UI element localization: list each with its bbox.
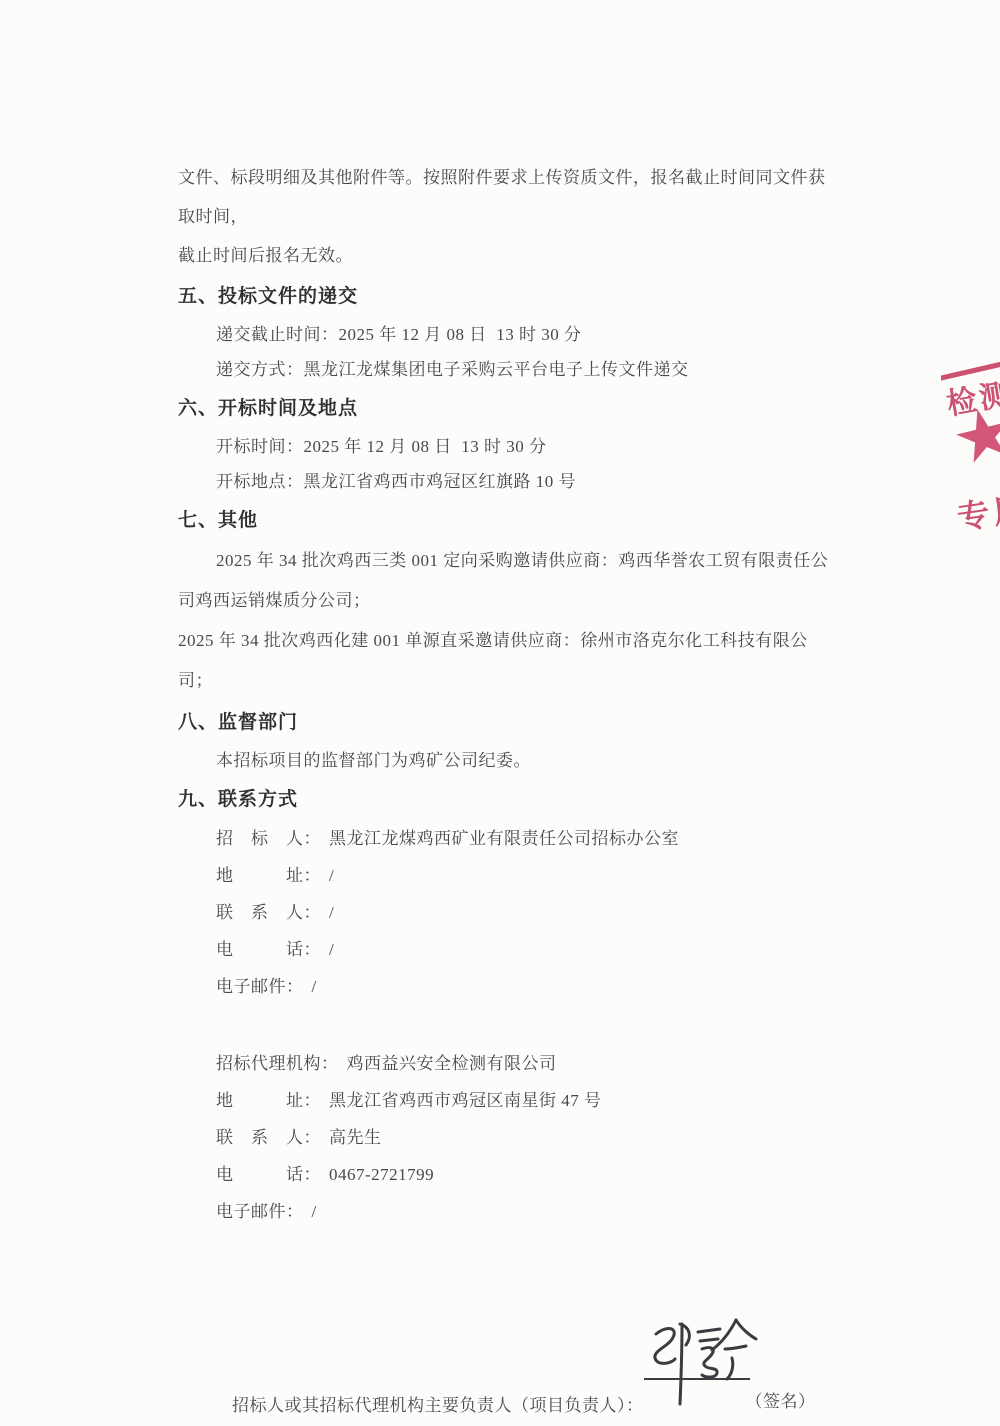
section7-para-1: 2025 年 34 批次鸡西三类 001 定向采购邀请供应商：鸡西华誉农工贸有限…: [178, 541, 836, 621]
section7-heading: 七、其他: [178, 508, 836, 534]
tenderer-email-row: 电子邮件：/: [178, 968, 836, 1005]
section5-heading: 五、投标文件的递交: [178, 284, 836, 310]
agent-label: 招标代理机构：: [216, 1054, 339, 1073]
signature-note: （签名）: [746, 1392, 816, 1411]
open-place-label: 开标地点：: [216, 472, 304, 491]
contact-person-value: /: [329, 903, 334, 922]
deadline-label: 递交截止时间：: [216, 325, 339, 344]
section6-row-place: 开标地点：黑龙江省鸡西市鸡冠区红旗路 10 号: [178, 464, 836, 499]
section7-para-2: 2025 年 34 批次鸡西化建 001 单源直采邀请供应商：徐州市洛克尔化工科…: [178, 621, 836, 701]
section6-heading: 六、开标时间及地点: [178, 396, 836, 422]
agent-address-row: 地 址：黑龙江省鸡西市鸡冠区南星街 47 号: [178, 1082, 836, 1119]
agent-email-value: /: [312, 1202, 317, 1221]
section8-body: 本招标项目的监督部门为鸡矿公司纪委。: [178, 743, 836, 778]
tenderer-phone-row: 电 话：/: [178, 931, 836, 968]
tenderer-value: 黑龙江龙煤鸡西矿业有限责任公司招标办公室: [329, 829, 679, 848]
document-page: 文件、标段明细及其他附件等。按照附件要求上传资质文件，报名截止时间同文件获取时间…: [0, 0, 1000, 1426]
intro-line-1: 文件、标段明细及其他附件等。按照附件要求上传资质文件，报名截止时间同文件获取时间…: [178, 158, 836, 236]
email-label: 电子邮件：: [216, 977, 304, 996]
open-time-value: 2025 年 12 月 08 日 13 时 30 分: [304, 437, 547, 456]
address-label: 地 址：: [216, 866, 321, 885]
tenderer-row: 招 标 人：黑龙江龙煤鸡西矿业有限责任公司招标办公室: [178, 820, 836, 857]
tenderer-contact-block: 招 标 人：黑龙江龙煤鸡西矿业有限责任公司招标办公室 地 址：/ 联 系 人：/…: [178, 820, 836, 1005]
document-content: 文件、标段明细及其他附件等。按照附件要求上传资质文件，报名截止时间同文件获取时间…: [178, 158, 836, 1388]
agent-email-label: 电子邮件：: [216, 1202, 304, 1221]
address-value: /: [329, 866, 334, 885]
agent-phone-row: 电 话：0467-2721799: [178, 1156, 836, 1193]
contact-person-label: 联 系 人：: [216, 903, 321, 922]
stamp-bottom-text: 专用: [954, 483, 1000, 539]
agent-phone-value: 0467-2721799: [329, 1165, 434, 1184]
phone-value: /: [329, 940, 334, 959]
agent-contact-row: 联 系 人：高先生: [178, 1119, 836, 1156]
intro-line-2: 截止时间后报名无效。: [178, 236, 836, 275]
section5-row-deadline: 递交截止时间：2025 年 12 月 08 日 13 时 30 分: [178, 317, 836, 352]
section6-row-time: 开标时间：2025 年 12 月 08 日 13 时 30 分: [178, 429, 836, 464]
agent-contact-person-label: 联 系 人：: [216, 1128, 321, 1147]
official-stamp: 检测 ★ 专用: [941, 352, 1000, 548]
deadline-value: 2025 年 12 月 08 日 13 时 30 分: [339, 325, 582, 344]
tenderer-contact-row: 联 系 人：/: [178, 894, 836, 931]
agent-address-label: 地 址：: [216, 1091, 321, 1110]
open-time-label: 开标时间：: [216, 437, 304, 456]
signature-row: 招标人或其招标代理机构主要负责人（项目负责人）： （签名）: [178, 1318, 836, 1388]
agent-value: 鸡西益兴安全检测有限公司: [347, 1054, 557, 1073]
tenderer-label: 招 标 人：: [216, 829, 321, 848]
agent-contact-block: 招标代理机构：鸡西益兴安全检测有限公司 地 址：黑龙江省鸡西市鸡冠区南星街 47…: [178, 1045, 836, 1230]
email-value: /: [312, 977, 317, 996]
method-label: 递交方式：: [216, 360, 304, 379]
agent-row: 招标代理机构：鸡西益兴安全检测有限公司: [178, 1045, 836, 1082]
section9-heading: 九、联系方式: [178, 787, 836, 813]
phone-label: 电 话：: [216, 940, 321, 959]
star-icon: ★: [945, 395, 1000, 478]
section5-row-method: 递交方式：黑龙江龙煤集团电子采购云平台电子上传文件递交: [178, 352, 836, 387]
agent-phone-label: 电 话：: [216, 1165, 321, 1184]
open-place-value: 黑龙江省鸡西市鸡冠区红旗路 10 号: [304, 472, 577, 491]
tenderer-address-row: 地 址：/: [178, 857, 836, 894]
section8-heading: 八、监督部门: [178, 710, 836, 736]
agent-email-row: 电子邮件：/: [178, 1193, 836, 1230]
agent-contact-person-value: 高先生: [329, 1128, 382, 1147]
agent-address-value: 黑龙江省鸡西市鸡冠区南星街 47 号: [329, 1091, 602, 1110]
signature-slot: [644, 1318, 752, 1388]
method-value: 黑龙江龙煤集团电子采购云平台电子上传文件递交: [304, 360, 689, 379]
signature-label: 招标人或其招标代理机构主要负责人（项目负责人）：: [232, 1396, 644, 1415]
